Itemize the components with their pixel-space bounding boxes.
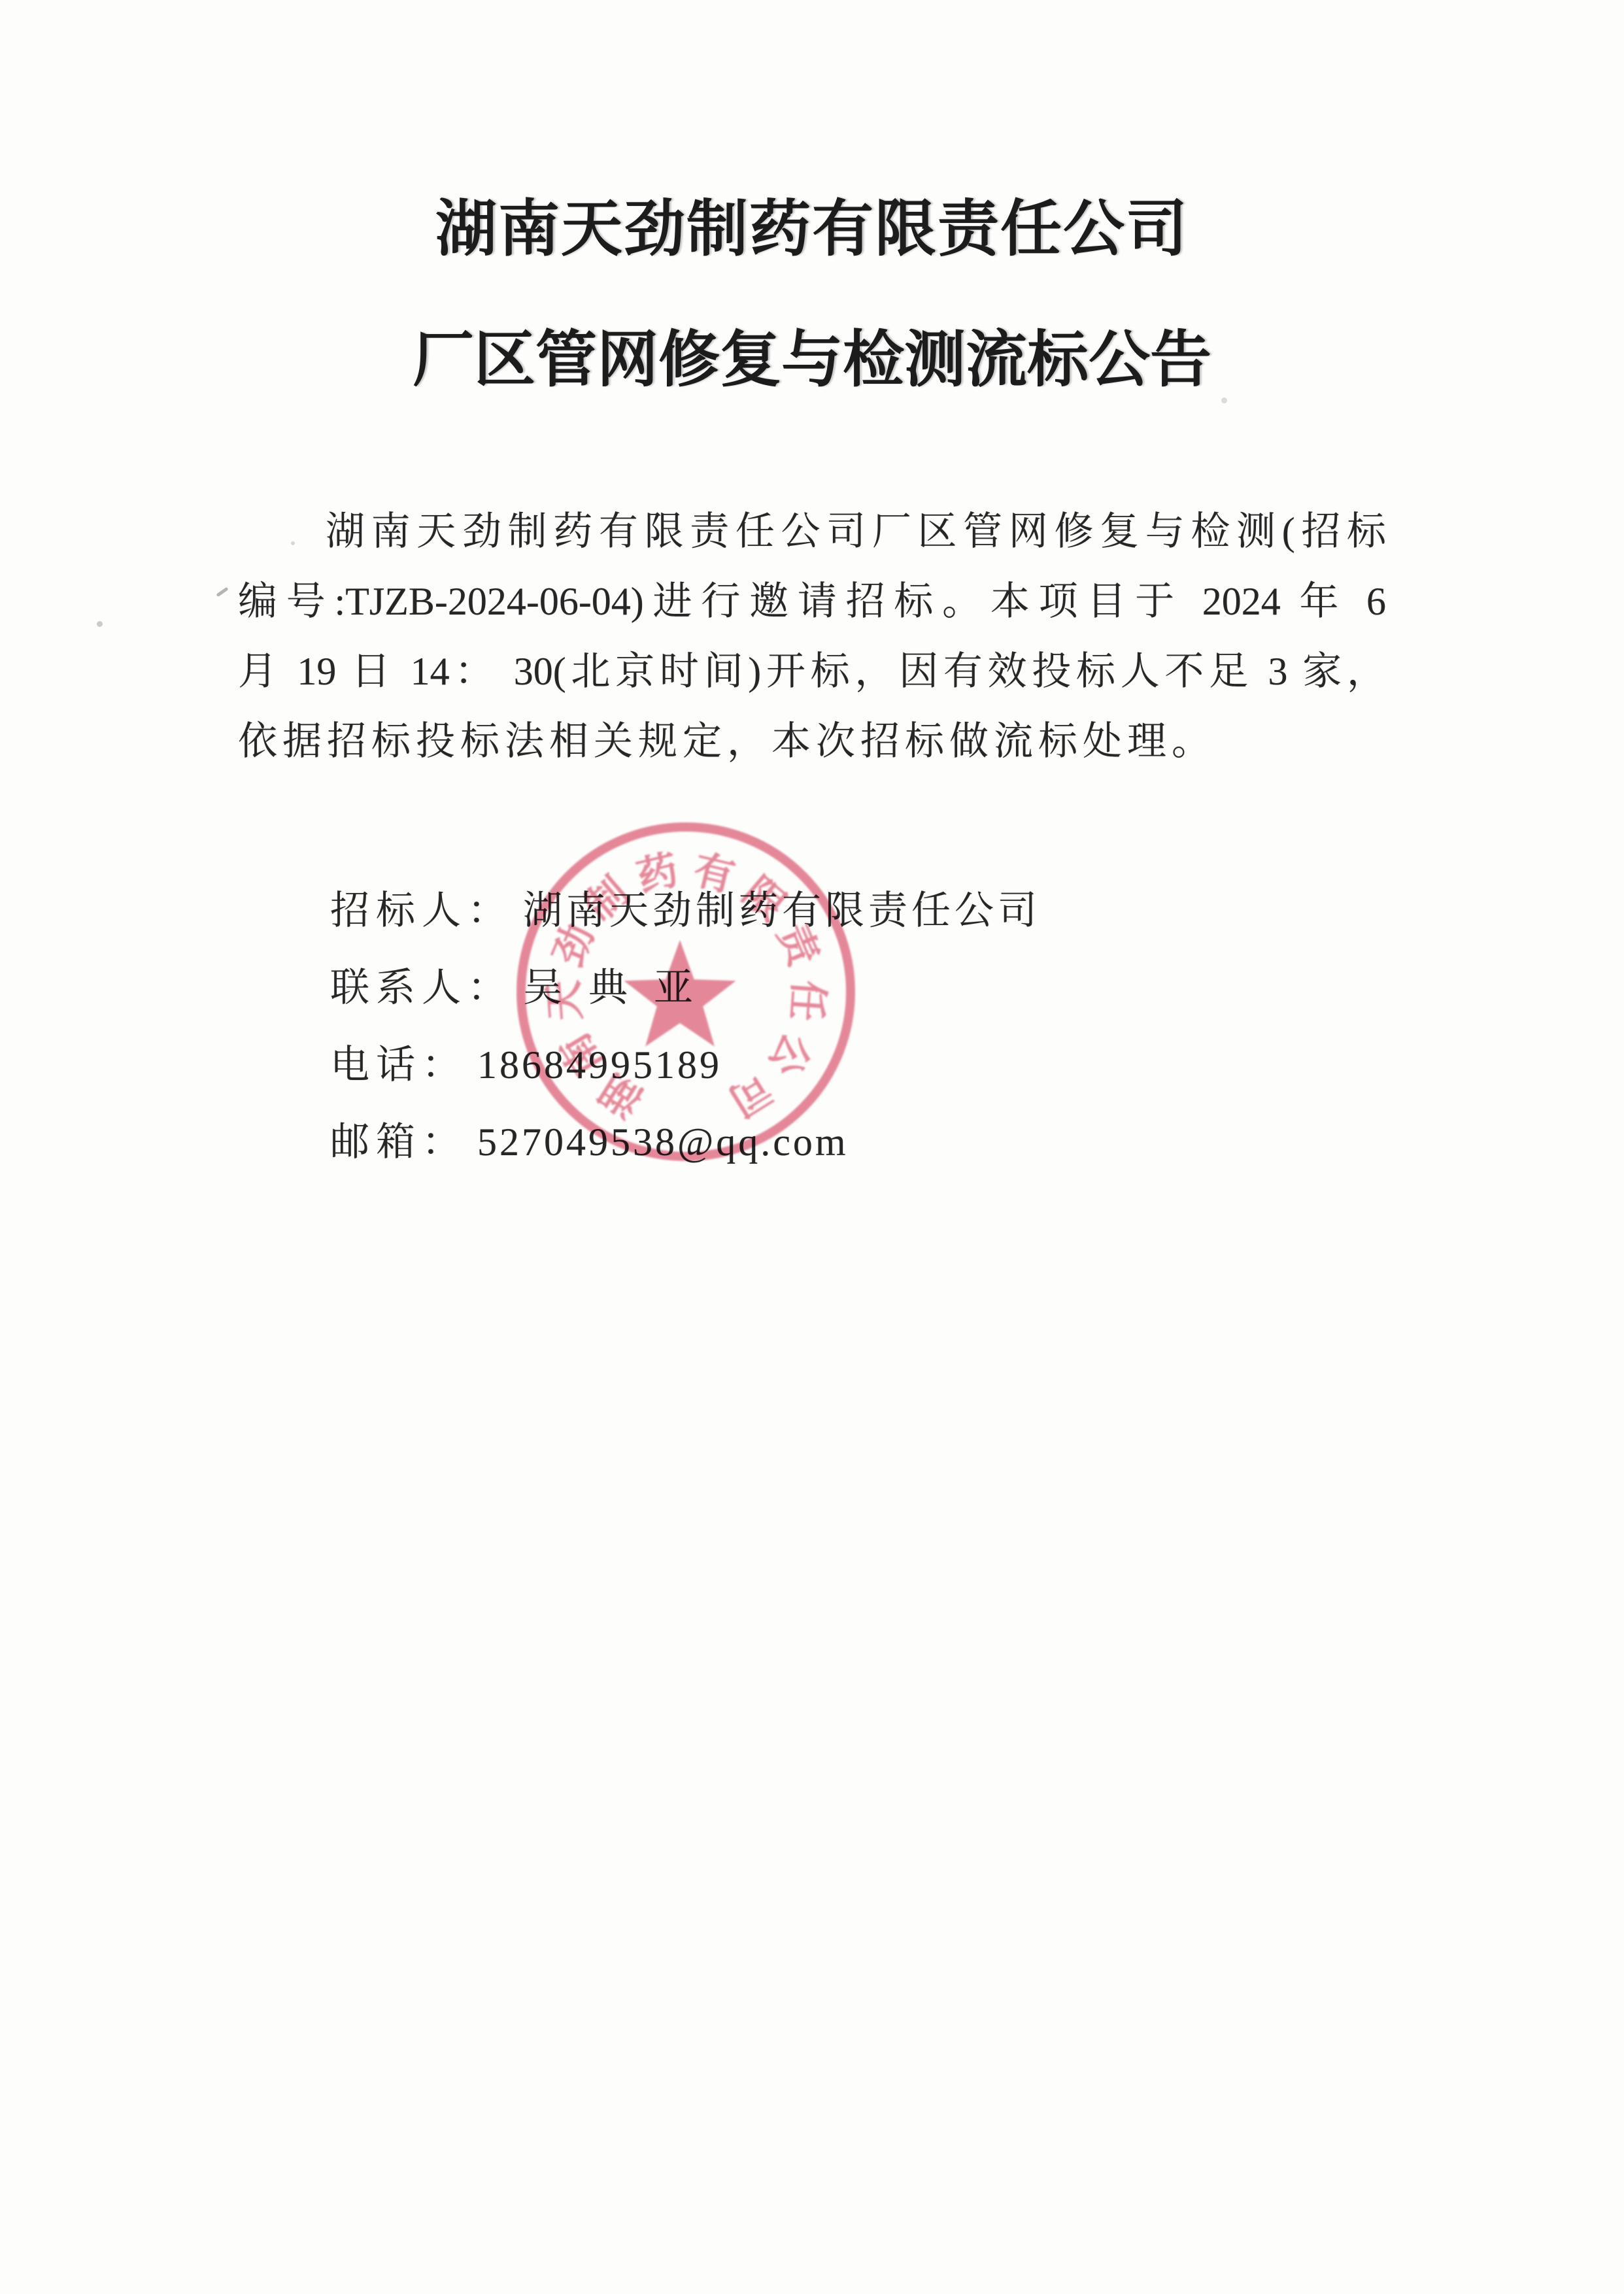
scan-speck — [1221, 397, 1227, 403]
document-page: 湖南天劲制药有限责任公司 厂区管网修复与检测流标公告 湖南天劲制药有限责任公司厂… — [0, 0, 1624, 2294]
seal-char: 劲 — [546, 918, 603, 972]
contact-person-label: 联系人 — [330, 966, 467, 1009]
email-label: 邮箱 — [330, 1121, 422, 1164]
body-paragraph: 湖南天劲制药有限责任公司厂区管网修复与检测(招标 编号:TJZB-2024-06… — [238, 497, 1386, 777]
seal-char: 南 — [552, 1025, 612, 1083]
seal-char: 药 — [633, 848, 683, 901]
seal-char: 任 — [783, 979, 830, 1022]
seal-char: 司 — [721, 1065, 779, 1124]
body-line-2: 编号:TJZB-2024-06-04)进行邀请招标。本项目于 2024 年 6 — [238, 567, 1386, 637]
body-line-1: 湖南天劲制药有限责任公司厂区管网修复与检测(招标 — [238, 497, 1386, 567]
seal-char: 制 — [578, 869, 637, 930]
company-seal: 湖南天劲制药有限责任公司 — [516, 821, 856, 1162]
document-title-announcement: 厂区管网修复与检测流标公告 — [0, 327, 1624, 394]
scan-speck — [216, 587, 228, 598]
email-colon: ： — [422, 1121, 461, 1164]
body-line-3: 月 19 日 14： 30(北京时间)开标，因有效投标人不足 3 家， — [238, 637, 1386, 707]
seal-char: 公 — [760, 1025, 819, 1083]
contact-person-colon: ： — [467, 966, 507, 1009]
phone-label: 电话 — [330, 1043, 422, 1087]
seal-char: 有 — [689, 847, 739, 901]
seal-char: 天 — [541, 979, 588, 1022]
tenderer-colon: ： — [467, 889, 507, 932]
scan-speck — [97, 621, 103, 627]
scan-speck — [291, 541, 295, 545]
seal-char: 责 — [769, 918, 826, 974]
document-title-company: 湖南天劲制药有限责任公司 — [0, 196, 1624, 263]
seal-char: 限 — [734, 869, 794, 930]
seal-star-icon — [624, 940, 736, 1047]
seal-char: 湖 — [593, 1065, 651, 1124]
body-line-4: 依据招标投标法相关规定，本次招标做流标处理。 — [238, 707, 1386, 777]
tenderer-label: 招标人 — [330, 889, 467, 932]
phone-colon: ： — [422, 1043, 461, 1087]
